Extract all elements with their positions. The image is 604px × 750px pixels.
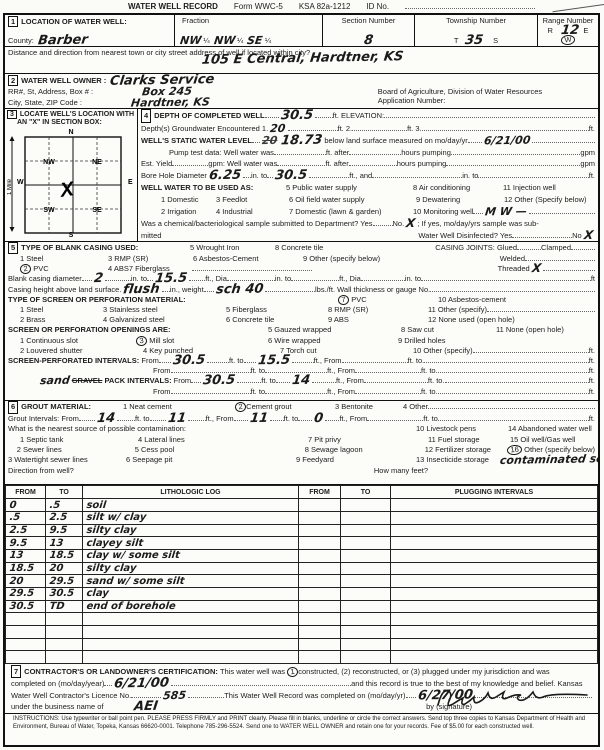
option: 6 Asbestos-Cement bbox=[193, 254, 303, 264]
range-prefix: R bbox=[548, 26, 553, 35]
form-title: WATER WELL RECORD bbox=[128, 2, 218, 11]
business-name-label: under the business name of bbox=[11, 701, 104, 712]
col-to: TO bbox=[46, 486, 83, 499]
grout-interval-2-to: 0 bbox=[312, 416, 326, 422]
mill-slot-circled-number: 3 bbox=[136, 335, 148, 346]
casing-pvc-label: PVC bbox=[33, 264, 48, 273]
section-number-value: 8 bbox=[362, 38, 376, 44]
direction-row: Direction from well? How many feet? bbox=[5, 466, 598, 476]
option: 4 Lateral lines bbox=[138, 435, 308, 445]
ft-after-label: ft. after bbox=[325, 158, 348, 170]
contamination-option-abandoned-well: 14 Abandoned water well bbox=[508, 424, 592, 434]
static-water-level-label: WELL'S STATIC WATER LEVEL bbox=[141, 135, 252, 147]
form-header: WATER WELL RECORD Form WWC-5 KSA 82a-121… bbox=[128, 2, 600, 11]
option: 8 Air conditioning bbox=[413, 182, 503, 194]
elevation-label: ft. ELEVATION: bbox=[333, 110, 384, 122]
ft-to-label: ft. to bbox=[423, 414, 438, 424]
sand-handwritten-value: sand bbox=[38, 378, 73, 385]
gpi-to-value: 14 bbox=[289, 378, 312, 384]
gpi-from-value: 30.5 bbox=[201, 378, 238, 385]
swl-value: 18.73 bbox=[279, 137, 325, 144]
ft-label: ft. bbox=[589, 414, 595, 424]
table-row bbox=[6, 651, 598, 664]
plugging-cell bbox=[299, 562, 341, 575]
plugging-cell bbox=[391, 499, 598, 512]
plugging-cell bbox=[341, 651, 391, 664]
option: 13 Insecticide storage bbox=[416, 455, 498, 465]
litho-cell: 9.5 bbox=[45, 524, 83, 537]
contamination-other-value: contaminated soil bbox=[497, 456, 600, 464]
litho-cell: soil bbox=[82, 499, 299, 512]
owner-city-value: Hardtner, KS bbox=[129, 99, 213, 106]
in-to-label: in. to bbox=[251, 170, 267, 182]
col-from: FROM bbox=[6, 486, 46, 499]
screen-material-title: TYPE OF SCREEN OR PERFORATION MATERIAL: bbox=[8, 295, 338, 305]
table-row: 30.5TDend of borehole bbox=[6, 600, 598, 613]
option: 7 Pit privy bbox=[308, 435, 428, 445]
swl-date-value: 6/21/00 bbox=[481, 137, 532, 144]
option: 2 Irrigation bbox=[161, 206, 216, 218]
quarter-glyph: ¼ bbox=[203, 36, 209, 45]
plugging-cell bbox=[299, 511, 341, 524]
section-1-number: 1 bbox=[8, 16, 18, 27]
option: 2 Louvered shutter bbox=[20, 346, 143, 356]
certification-text-1: This water well was bbox=[220, 666, 285, 677]
east-label: E bbox=[128, 179, 133, 186]
statute-ref: KSA 82a-1212 bbox=[299, 2, 351, 11]
ft-label: ft. bbox=[589, 387, 595, 397]
quarter-glyph: ¼ bbox=[237, 36, 243, 45]
threaded-label: Threaded bbox=[498, 264, 530, 273]
litho-cell: clay w/ some silt bbox=[82, 549, 299, 562]
casing-row-1: 5TYPE OF BLANK CASING USED: 5 Wrought Ir… bbox=[5, 242, 598, 254]
field-static-water-level: WELL'S STATIC WATER LEVEL 20 18.73 below… bbox=[138, 135, 598, 147]
grout-intervals-label: Grout Intervals: bbox=[8, 414, 59, 424]
plugging-cell bbox=[391, 651, 598, 664]
option: 3 Stainless steel bbox=[103, 305, 226, 315]
depth-completed-label: DEPTH OF COMPLETED WELL bbox=[154, 110, 264, 122]
option: 9 Other (specify below) bbox=[303, 254, 380, 264]
fraction-label: Fraction bbox=[178, 16, 319, 25]
option: 6 Oil field water supply bbox=[289, 194, 416, 206]
ft-from-label: ft., From bbox=[327, 387, 355, 397]
ft-after-label: ft. after bbox=[326, 147, 349, 159]
bore-depth-value: 30.5 bbox=[273, 173, 310, 180]
section-1-location: 1LOCATION OF WATER WELL: County: Barber … bbox=[5, 15, 598, 47]
litho-cell bbox=[6, 613, 46, 626]
weight-label: in., weight bbox=[170, 285, 204, 295]
litho-cell bbox=[46, 613, 83, 626]
plugging-cell bbox=[299, 651, 341, 664]
plugging-cell bbox=[391, 600, 598, 613]
table-row: .52.5silt w/ clay bbox=[6, 511, 598, 524]
litho-cell bbox=[83, 651, 299, 664]
sample-no-label: No. bbox=[393, 218, 405, 230]
plugging-cell bbox=[341, 549, 391, 562]
section-5-title: TYPE OF BLANK CASING USED: bbox=[21, 243, 138, 252]
well-location-x-mark: X bbox=[58, 178, 77, 202]
col-plugging-intervals: PLUGGING INTERVALS bbox=[391, 486, 598, 499]
option: 2 Brass bbox=[20, 315, 103, 325]
disinfected-no-x-mark: X bbox=[581, 232, 595, 238]
from-label: From bbox=[174, 376, 192, 386]
fraction-2-value: NW bbox=[211, 38, 237, 44]
table-row bbox=[6, 626, 598, 639]
spi-to-value: 15.5 bbox=[255, 358, 292, 365]
completed-on-label: completed on (mo/day/year) bbox=[11, 678, 104, 689]
ft-label: ft. bbox=[589, 356, 595, 366]
option: 7 Torch cut bbox=[280, 346, 413, 356]
quarter-glyph: ¼ bbox=[265, 36, 271, 45]
fraction-3-value: SE bbox=[245, 38, 265, 44]
screen-asbestos-option: 10 Asbestos-cement bbox=[438, 295, 506, 305]
option: 11 None (open hole) bbox=[496, 325, 564, 335]
depth-completed-value: 30.5 bbox=[278, 112, 315, 119]
plugging-cell bbox=[391, 549, 598, 562]
plugging-cell bbox=[391, 511, 598, 524]
litho-cell: 29.5 bbox=[45, 575, 83, 588]
option: 8 Concrete tile bbox=[275, 243, 367, 253]
table-header-row: FROM TO LITHOLOGIC LOG FROM TO PLUGGING … bbox=[6, 486, 598, 499]
section-5-number: 5 bbox=[8, 242, 18, 254]
option: 10 Other (specify) bbox=[413, 346, 473, 356]
option: 11 Injection well bbox=[503, 182, 556, 194]
section-number-label: Section Number bbox=[326, 16, 411, 25]
gw3-label: ft. 3. bbox=[407, 123, 422, 135]
one-mile-arrow: 1 Mile bbox=[7, 136, 15, 232]
litho-cell: 9.5 bbox=[5, 537, 46, 550]
table-row bbox=[6, 638, 598, 651]
how-many-feet-label: How many feet? bbox=[374, 466, 428, 476]
contamination-option: 5 Cess pool bbox=[135, 445, 305, 455]
grout-intervals-row: Grout Intervals: From 14 ft. to 11 ft., … bbox=[5, 414, 598, 424]
range-west-circled: W bbox=[560, 34, 575, 45]
table-row: 2029.5sand w/ some silt bbox=[6, 575, 598, 588]
hours-pumping-label: hours pumping bbox=[401, 147, 451, 159]
from-label: From bbox=[153, 387, 171, 397]
litho-cell bbox=[83, 638, 299, 651]
blank-casing-diameter-value: 2 bbox=[91, 276, 105, 282]
casing-row-2: 1 Steel3 RMP (SR)6 Asbestos-Cement9 Othe… bbox=[5, 254, 598, 264]
groundwater-label: Depth(s) Groundwater Encountered bbox=[141, 123, 260, 135]
county-value: Barber bbox=[36, 37, 91, 44]
bore-diameter-label: Bore Hole Diameter bbox=[141, 170, 207, 182]
litho-cell bbox=[6, 626, 46, 639]
field-est-yield: Est. Yield gpm: Well water was ft. after… bbox=[138, 158, 598, 170]
used-as-row-1: WELL WATER TO BE USED AS: 5 Public water… bbox=[138, 182, 598, 194]
section-2-owner: 2WATER WELL OWNER : Clarks Service RR#, … bbox=[5, 74, 598, 109]
plugging-cell bbox=[299, 587, 341, 600]
id-number-blank bbox=[405, 2, 535, 9]
ft-from-label: ft., From bbox=[206, 414, 234, 424]
section-3-title-line2: AN "X" IN SECTION BOX: bbox=[7, 119, 135, 126]
form-number: Form WWC-5 bbox=[234, 2, 283, 11]
certification-text-2: (2) reconstructed, or (3) plugged under … bbox=[341, 666, 549, 677]
nw-quadrant-label: NW bbox=[43, 159, 55, 166]
distance-value: 105 E Central, Hardtner, KS bbox=[199, 54, 405, 64]
contamination-row-1: What is the nearest source of possible c… bbox=[5, 424, 598, 434]
plugging-cell bbox=[341, 600, 391, 613]
ft-to-label: ft. to bbox=[251, 387, 266, 397]
section-6-title: GROUT MATERIAL: bbox=[21, 402, 91, 411]
ft-to-label: ft. to. bbox=[428, 376, 445, 386]
table-row: 0.5soil bbox=[6, 499, 598, 512]
direction-from-well-label: Direction from well? bbox=[8, 466, 74, 476]
from-label: From bbox=[141, 356, 159, 366]
ft-from-label: ft., From bbox=[339, 414, 367, 424]
sw-quadrant-label: SW bbox=[43, 207, 55, 214]
owner-city-label: City, State, ZIP Code : bbox=[8, 98, 82, 107]
pump-test-label: Pump test data: Well water was bbox=[141, 147, 274, 159]
contractor-signature bbox=[432, 685, 592, 711]
instructions-text: INSTRUCTIONS: Use typewriter or ball poi… bbox=[13, 716, 585, 730]
table-row bbox=[6, 613, 598, 626]
hours-pumping-label: hours pumping bbox=[397, 158, 447, 170]
option: 4 Industrial bbox=[216, 206, 289, 218]
col-from-2: FROM bbox=[299, 486, 341, 499]
grout-interval-2-from: 11 bbox=[247, 416, 270, 422]
option: 15 Oil well/Gas well bbox=[510, 435, 575, 445]
litho-cell: 30.5 bbox=[5, 600, 46, 613]
screen-pvc-circled-number: 7 bbox=[338, 294, 350, 305]
application-number-label: Application Number: bbox=[378, 96, 595, 105]
distance-direction-row: Distance and direction from nearest town… bbox=[5, 47, 598, 74]
section-2-number: 2 bbox=[8, 75, 18, 86]
grout-interval-1-from: 14 bbox=[94, 416, 117, 422]
plugging-cell bbox=[341, 626, 391, 639]
litho-cell bbox=[46, 651, 83, 664]
ft-label: ft. bbox=[589, 346, 595, 356]
plugging-cell bbox=[299, 575, 341, 588]
field-bore-hole-diameter: Bore Hole Diameter 6.25 in. to 30.5 ft.,… bbox=[138, 170, 598, 182]
option: 11 Fuel storage bbox=[428, 435, 510, 445]
section-2-title: WATER WELL OWNER : bbox=[21, 76, 106, 85]
est-yield-label: Est. Yield bbox=[141, 158, 172, 170]
range-value: 12 bbox=[559, 28, 582, 34]
litho-cell bbox=[46, 626, 83, 639]
ft-to-label: ft. to bbox=[261, 376, 276, 386]
option: 1 Steel bbox=[20, 305, 103, 315]
screen-perforated-intervals-label: SCREEN-PERFORATED INTERVALS: bbox=[8, 356, 139, 366]
litho-cell bbox=[6, 651, 46, 664]
plugging-cell bbox=[299, 600, 341, 613]
plugging-cell bbox=[341, 638, 391, 651]
table-row: 1318.5clay w/ some silt bbox=[6, 549, 598, 562]
contamination-question: What is the nearest source of possible c… bbox=[8, 424, 416, 434]
ft-from-label: ft., From bbox=[327, 366, 355, 376]
from-label: From bbox=[61, 414, 79, 424]
spi-from-value: 30.5 bbox=[170, 358, 207, 365]
ft-from-label: ft., From bbox=[336, 376, 364, 386]
sample-rest2-label: mitted bbox=[141, 230, 161, 242]
option: 8 RMP (SR) bbox=[328, 305, 428, 315]
option: 5 Wrought Iron bbox=[190, 243, 275, 253]
plugging-cell bbox=[341, 587, 391, 600]
used-as-row-2: 1 Domestic3 Feedlot6 Oil field water sup… bbox=[138, 194, 598, 206]
plugging-cell bbox=[391, 587, 598, 600]
mill-slot-label: Mill slot bbox=[149, 336, 174, 345]
option: 12 None used (open hole) bbox=[428, 315, 515, 325]
contamination-option: 12 Fertilizer storage bbox=[425, 445, 507, 455]
swl-scribbled-value: 20 bbox=[260, 137, 280, 143]
plugging-cell bbox=[299, 626, 341, 639]
litho-cell: 13 bbox=[5, 549, 46, 562]
option: 1 Steel bbox=[20, 254, 108, 264]
contamination-option: 2 Sewer lines bbox=[17, 445, 135, 455]
litho-cell: 2.5 bbox=[5, 524, 46, 537]
screen-material-row-1: 1 Steel3 Stainless steel5 Fiberglass8 RM… bbox=[5, 305, 598, 315]
section-1-title: LOCATION OF WATER WELL: bbox=[21, 17, 127, 26]
plugging-cell bbox=[391, 613, 598, 626]
ft-from-label: ft., From bbox=[314, 356, 342, 366]
openings-title: SCREEN OR PERFORATION OPENINGS ARE: bbox=[8, 325, 268, 335]
range-east-option: E bbox=[583, 26, 588, 35]
constructed-label: constructed, bbox=[298, 666, 339, 677]
plugging-cell bbox=[299, 499, 341, 512]
disinfected-label: Water Well Disinfected? Yes bbox=[418, 230, 512, 242]
section-4-depth: 4 DEPTH OF COMPLETED WELL 30.5 ft. ELEVA… bbox=[138, 109, 598, 241]
openings-row-3: 2 Louvered shutter4 Key punched7 Torch c… bbox=[5, 346, 598, 356]
west-label: W bbox=[17, 179, 24, 186]
ft-to-label: ft. to bbox=[135, 414, 150, 424]
business-name-value: AEI bbox=[131, 704, 160, 710]
bore-diameter-value: 6.25 bbox=[206, 173, 243, 180]
plugging-cell bbox=[391, 537, 598, 550]
sample-question: Was a chemical/bacteriological sample su… bbox=[141, 218, 373, 230]
option: 1 Septic tank bbox=[20, 435, 138, 445]
option: 9 Drilled holes bbox=[398, 336, 446, 346]
plugging-cell bbox=[299, 549, 341, 562]
screen-material-row-2: 2 Brass4 Galvanized steel6 Concrete tile… bbox=[5, 315, 598, 325]
township-label: Township Number bbox=[418, 16, 534, 25]
option: 6 Wire wrapped bbox=[268, 336, 398, 346]
ft-to-label: ft. to. bbox=[408, 356, 425, 366]
lithologic-log-table: FROM TO LITHOLOGIC LOG FROM TO PLUGGING … bbox=[5, 485, 598, 664]
fraction-1-value: NW bbox=[178, 38, 204, 44]
section-3-locate: 3LOCATE WELL'S LOCATION WITH AN "X" IN S… bbox=[5, 109, 138, 241]
ft-label: ft. bbox=[589, 366, 595, 376]
col-to-2: TO bbox=[341, 486, 391, 499]
ft-to-label: ft. to. bbox=[421, 366, 438, 376]
plugging-cell bbox=[391, 524, 598, 537]
cement-grout-circled-number: 2 bbox=[235, 402, 247, 413]
record-completed-label: This Water Well Record was completed on … bbox=[224, 690, 405, 701]
gravel-pack-intervals-row: sand GRAVEL PACK INTERVALS: From 30.5 ft… bbox=[5, 376, 598, 386]
in-to-label: in. to bbox=[462, 170, 478, 182]
ft-label: ft. bbox=[589, 376, 595, 386]
contamination-row-2: 1 Septic tank4 Lateral lines7 Pit privy1… bbox=[5, 435, 598, 445]
openings-option: 1 Continuous slot bbox=[20, 336, 136, 346]
licence-number-value: 585 bbox=[161, 693, 189, 699]
wall-thickness-label: lbs./ft. Wall thickness or gauge No. bbox=[315, 285, 430, 295]
litho-cell: clay bbox=[82, 587, 299, 600]
litho-cell: .5 bbox=[45, 499, 83, 512]
option: 11 Other (specify) bbox=[428, 305, 487, 315]
table-row: 2.59.5silty clay bbox=[6, 524, 598, 537]
litho-cell: 0 bbox=[5, 499, 46, 512]
plugging-cell bbox=[299, 613, 341, 626]
openings-title-row: SCREEN OR PERFORATION OPENINGS ARE: 5 Ga… bbox=[5, 325, 598, 335]
option: 4 Galvanized steel bbox=[103, 315, 226, 325]
plugging-cell bbox=[341, 511, 391, 524]
section-6-number: 6 bbox=[8, 401, 18, 413]
water-well-record-form: WATER WELL RECORD Form WWC-5 KSA 82a-121… bbox=[0, 0, 604, 750]
section-box-diagram: N S W E 1 Mile bbox=[7, 126, 135, 238]
ft-label: ft. bbox=[589, 123, 595, 135]
licence-number-label: Water Well Contractor's Licence No. bbox=[11, 690, 131, 701]
form-body: 1LOCATION OF WATER WELL: County: Barber … bbox=[3, 13, 600, 747]
contamination-option-livestock: 10 Livestock pens bbox=[416, 424, 508, 434]
township-suffix: S bbox=[493, 36, 498, 45]
screen-material-title-row: TYPE OF SCREEN OR PERFORATION MATERIAL: … bbox=[5, 295, 598, 305]
litho-cell: silty clay bbox=[82, 562, 299, 575]
county-label: County: bbox=[8, 36, 34, 45]
plugging-cell bbox=[391, 626, 598, 639]
litho-cell: clayey silt bbox=[82, 537, 299, 550]
monitoring-well-value: M W — bbox=[483, 209, 530, 216]
gpm-label: gpm bbox=[580, 158, 595, 170]
ft-dia-label: ft., Dia bbox=[339, 274, 361, 284]
litho-cell: silt w/ clay bbox=[82, 511, 299, 524]
in-to-label: in. to bbox=[275, 274, 291, 284]
option: 4 ABS bbox=[108, 264, 129, 274]
option: 5 Fiberglass bbox=[226, 305, 328, 315]
grout-option-other: 4 Other bbox=[403, 402, 428, 412]
certification-row-1: 7 CONTRACTOR'S OR LANDOWNER'S CERTIFICAT… bbox=[8, 665, 595, 678]
option: 9 Dewatering bbox=[416, 194, 504, 206]
pack-intervals-label: PACK INTERVALS: bbox=[104, 376, 171, 386]
litho-cell: 20 bbox=[45, 562, 83, 575]
contamination-option: 8 Sewage lagoon bbox=[305, 445, 425, 455]
contamination-row-4: 3 Watertight sewer lines6 Seepage pit9 F… bbox=[5, 455, 598, 465]
sample-rest-label: ; If yes, mo/day/yrs sample was sub- bbox=[417, 218, 538, 230]
se-quadrant-label: SE bbox=[92, 207, 102, 214]
disinfected-no-label: No bbox=[572, 230, 582, 242]
field-pump-test: Pump test data: Well water was ft. after… bbox=[138, 147, 598, 159]
plugging-cell bbox=[299, 638, 341, 651]
owner-value: Clarks Service bbox=[108, 77, 217, 85]
ne-quadrant-label: NE bbox=[92, 159, 102, 166]
id-number-label: ID No. bbox=[366, 2, 389, 11]
clamped-label: Clamped bbox=[541, 243, 571, 252]
option: 5 Public water supply bbox=[286, 182, 413, 194]
ft-to-label: ft. to. bbox=[421, 387, 438, 397]
field-casing-height: Casing height above land surface. flush … bbox=[5, 285, 598, 295]
from-label: From bbox=[153, 366, 171, 376]
threaded-x-mark: X bbox=[529, 265, 543, 271]
plugging-cell bbox=[341, 524, 391, 537]
disinfected-row: mitted Water Well Disinfected? Yes No X bbox=[138, 230, 598, 242]
welded-label: Welded bbox=[500, 254, 525, 263]
option: 6 Seepage pit bbox=[126, 455, 296, 465]
sample-submitted-row: Was a chemical/bacteriological sample su… bbox=[138, 218, 598, 230]
option: 10 Monitoring well bbox=[413, 206, 473, 218]
gravel-pack-intervals-row-2: From ft. to ft., From ft. to. ft. bbox=[5, 387, 598, 397]
field-blank-casing-diameter: Blank casing diameter 2 in. to 15.5 ft.,… bbox=[5, 274, 598, 284]
ft-and-label: ft., and bbox=[349, 170, 372, 182]
section-6-grout: 6GROUT MATERIAL: 1 Neat cement 2Cement g… bbox=[5, 401, 598, 485]
section-3-title-line1: LOCATE WELL'S LOCATION WITH bbox=[20, 111, 134, 118]
gw2-label: ft. 2. bbox=[338, 123, 353, 135]
completed-date-value: 6/21/00 bbox=[112, 681, 172, 688]
casing-height-value: flush bbox=[121, 286, 162, 293]
used-as-label: WELL WATER TO BE USED AS: bbox=[141, 182, 286, 194]
grout-interval-1-to: 11 bbox=[165, 416, 188, 422]
north-label: N bbox=[68, 129, 73, 136]
ft-label: ft bbox=[591, 274, 595, 284]
litho-cell bbox=[83, 626, 299, 639]
grout-material-row: 6GROUT MATERIAL: 1 Neat cement 2Cement g… bbox=[5, 401, 598, 413]
